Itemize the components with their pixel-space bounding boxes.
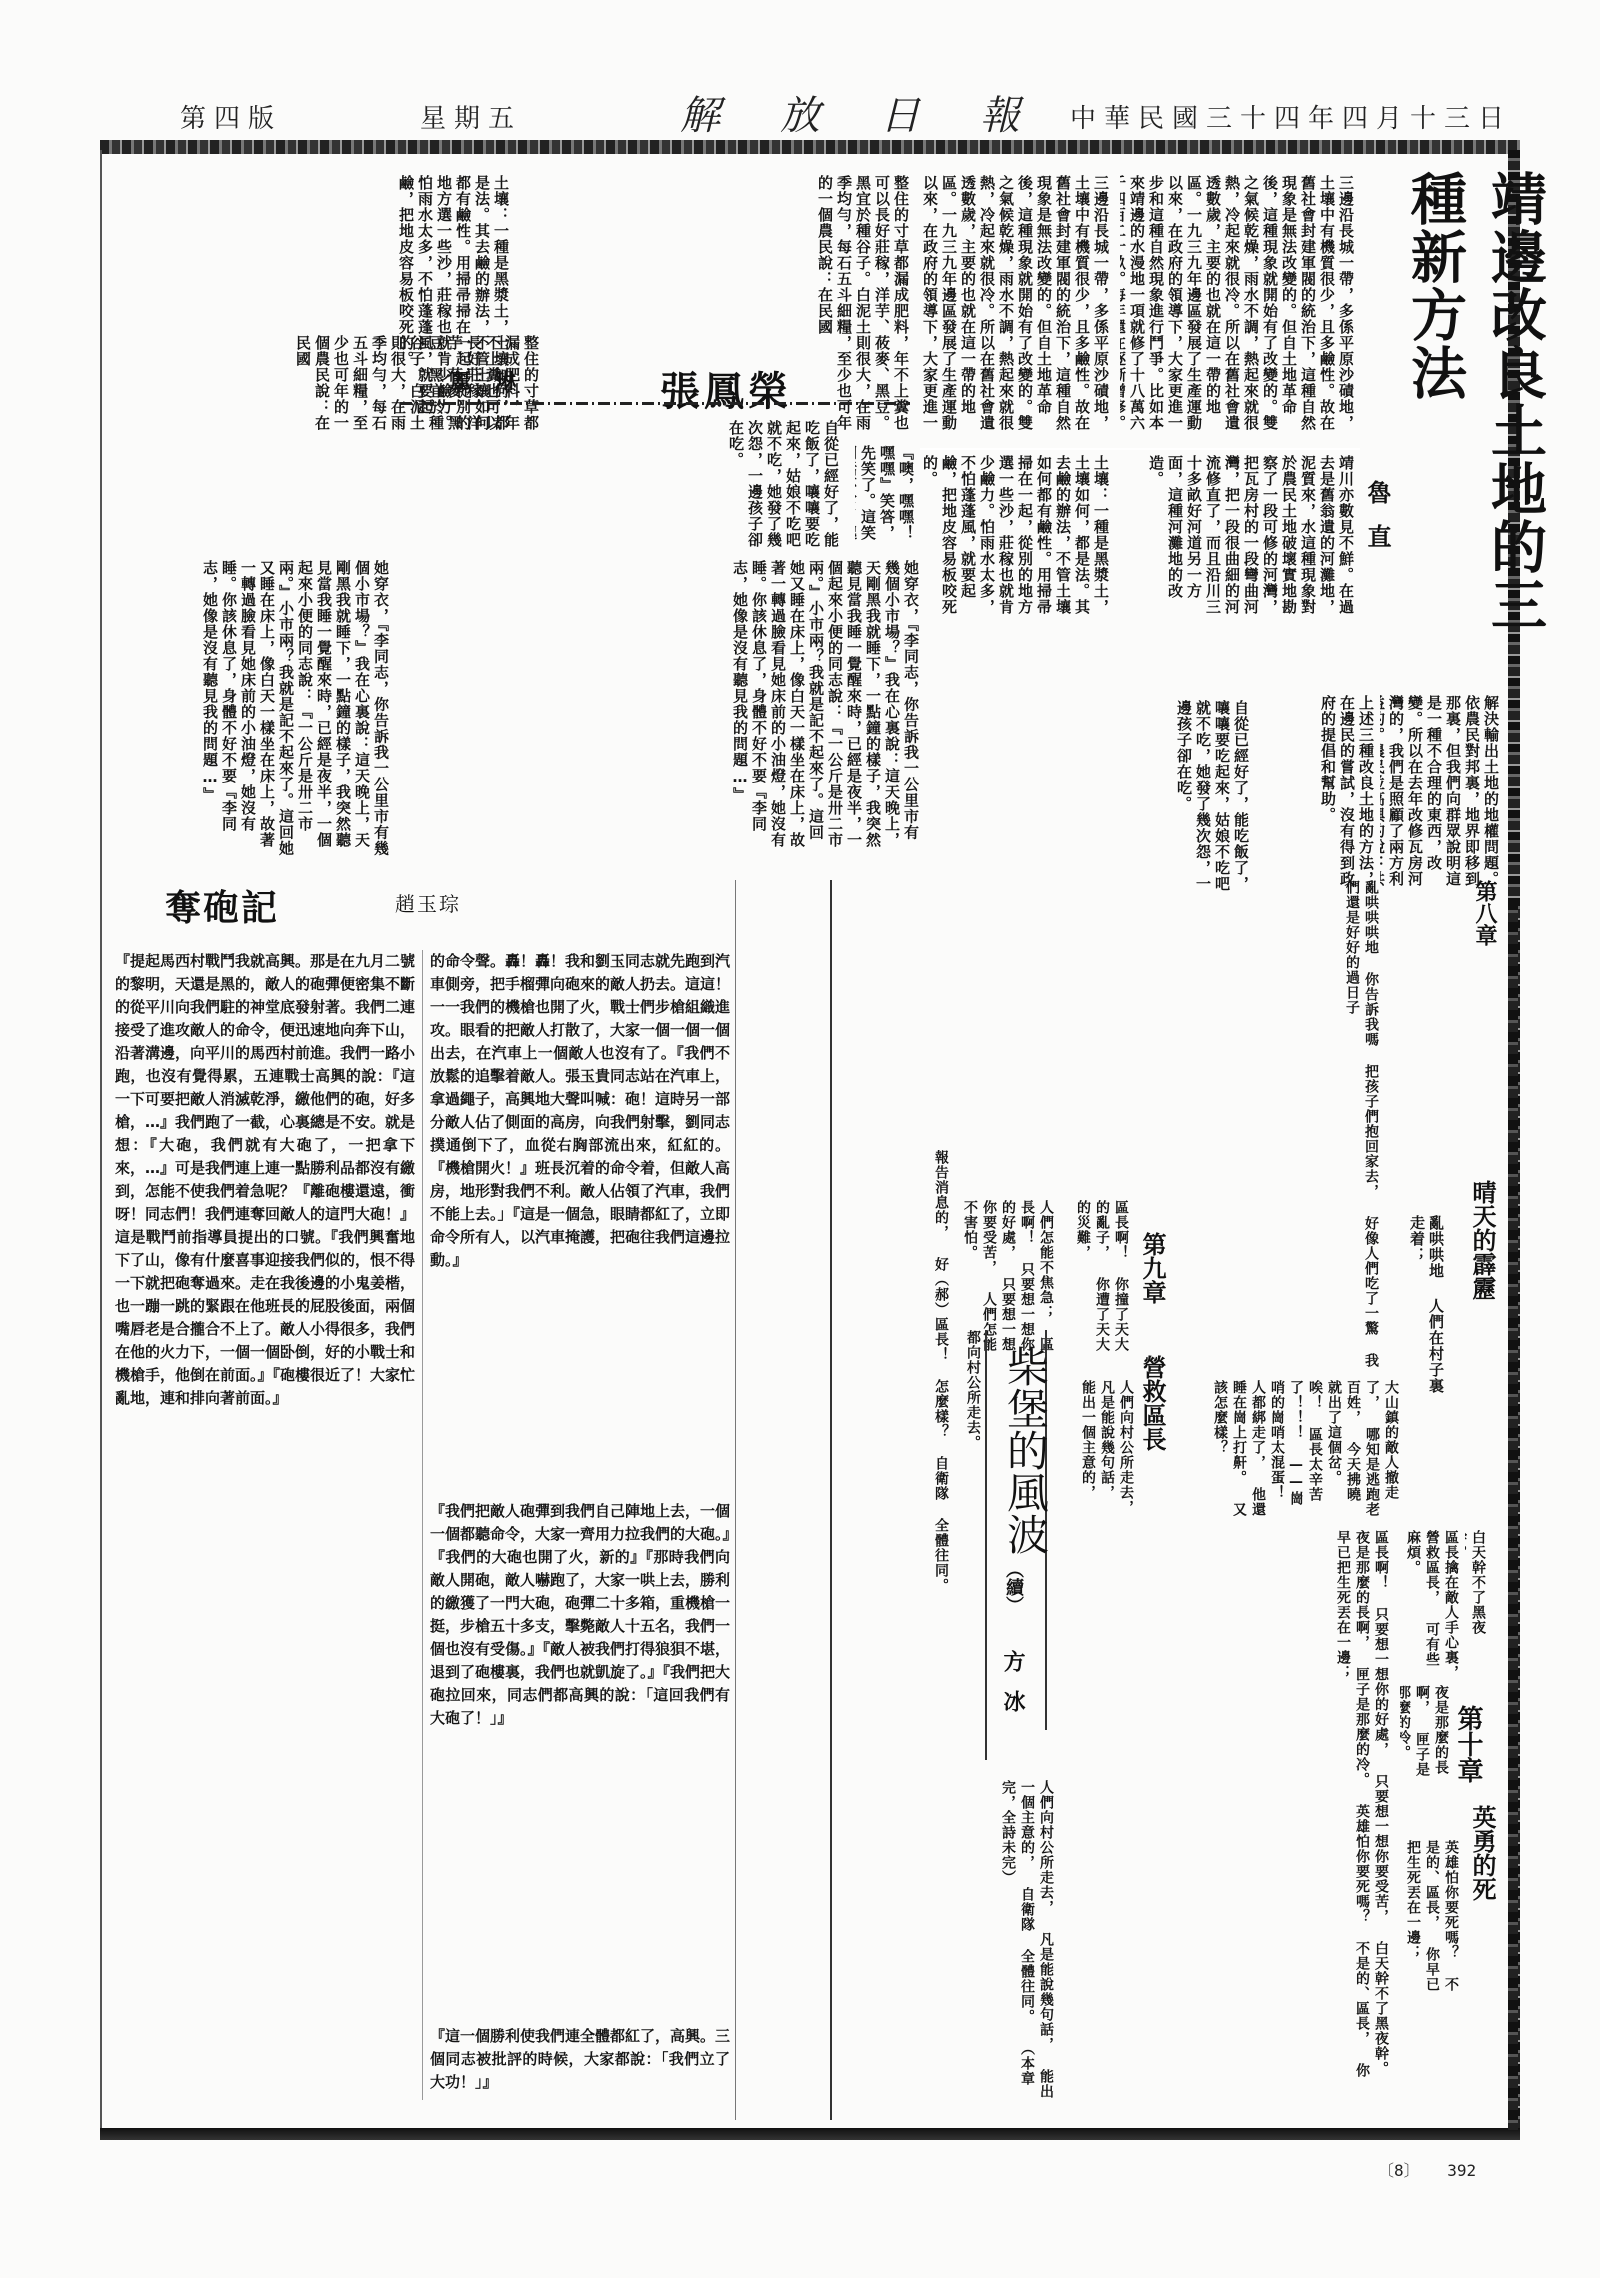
spacer: [920, 448, 1360, 450]
story-body-3: 她穿衣，『李同志，你告訴我一公里市有幾個小市場？』我在心裏說：這天晚上，天剛黑我…: [110, 560, 390, 860]
title-rule: [400, 402, 910, 405]
page-number: 〔8〕: [1378, 2161, 1420, 2180]
chapter-9-opening: 區長啊！ 你撞了天大的亂子， 你遭了天大的災難，: [1060, 1200, 1130, 1360]
story-duopao-col4: 『這一個勝利使我們連全體都紅了，高興。三個同志被批評的時候，大家都說：「我們立了…: [430, 2025, 730, 2095]
chapter-10-title: 英勇的死: [1465, 1805, 1500, 1901]
folio-number: 392: [1447, 2161, 1476, 2180]
weekday: 星期五: [420, 98, 522, 135]
chapter-8-lines: 亂哄哄地 人們在村子裏走着；: [1395, 1215, 1445, 1395]
chapter-8-body: 亂哄哄哄地 你告訴我嗎 把孩子們抱回家去， 好像人們吃了一驚 我們還是好好的過日…: [1180, 880, 1380, 1380]
chapter-9-body: 大山鎮的敵人撤走了， 哪知是逃跑老百姓， 今天拂曉 就出了這個岔。 唉！ 區長太…: [1140, 1380, 1400, 1520]
chapter-10-lines-b: 夜是那麼的長啊， 匣子是那麼的冷。: [1400, 1685, 1450, 1785]
masthead-rule: [100, 140, 1520, 154]
column-divider: [830, 880, 832, 2120]
chapter-10-lines-c: 英雄怕你要死嗎？ 不是的、區長， 你早已把生死丟在一邊；: [1400, 1840, 1460, 2000]
chapter-10-lines-a: 區長擒在敵人手心裏， 營救區長， 可有些麻煩。: [1400, 1530, 1460, 1680]
duopao-right-rule: [735, 880, 736, 2120]
chapter-10-body: 區長啊！ 只要想一想你的好處， 只要想一想你要受苦， 白天幹不了黑夜幹。 夜是那…: [1060, 1530, 1390, 2090]
poem-pre: 自從已經好了，能吃飯了，嚷嚷要吃起來，姑娘不吃吧就不吃，她發了幾次怨，一邊孩子卻…: [930, 700, 1250, 900]
serial-continuation: 人們向村公所走去， 凡是能說幾句話， 能出一個主意的， 自衛隊 全體往同。 （本…: [840, 1780, 1055, 2100]
chapter-10-heading: 第十章: [1450, 1705, 1487, 1783]
article-intro: 三邊沿長城一帶，多係平原沙磧地，土壤中有機質很少，且多鹼性。故在舊社會封建軍閥的…: [1120, 175, 1355, 445]
story-body: 她穿衣，『李同志，你告訴我一公里市有幾個小市場？』我在心裏說：這天晚上，天剛黑我…: [400, 560, 920, 850]
story-duopao-col1: 『提起馬西村戰鬥我就高興。那是在九月二號的黎明，天還是黑的，敵人的砲彈便密集不斷…: [115, 950, 415, 2080]
article-intro-cont: 三邊沿長城一帶，多係平原沙磧地，土壤中有機質很少，且多鹼性。故在舊社會封建軍閥的…: [920, 175, 1110, 445]
chapter-9-heading: 第九章: [1135, 1232, 1170, 1304]
story-author: 麗琳: [450, 365, 542, 394]
article-title: 靖邊改良土地的三種新方法: [1395, 170, 1555, 690]
article-body-7: 上述三種改良土地的方法，在邊民的嘗試，沒有得到政府的提倡和幫助。: [1260, 695, 1375, 895]
issue-date: 中華民國三十四年四月十三日: [1070, 98, 1512, 135]
bottom-border: [100, 2128, 1520, 2140]
masthead: 第四版 星期五 解放日報 中華民國三十四年四月十三日: [120, 98, 1520, 138]
page-footer: 〔8〕 392: [1378, 2158, 1494, 2181]
serial-subtitle: （續）: [1000, 1560, 1026, 1614]
chapter-8-heading: 第八章: [1470, 880, 1501, 946]
serial-rule: [1508, 900, 1518, 2130]
serial-author: 方冰: [998, 1650, 1029, 1730]
serial-left-line: 都向村公所走去。: [960, 1330, 982, 1450]
article-body-2: 土壤：一種是黑漿土，土壤如何，都是法。其去鹼的辦法，不管土壤如何都有鹼性。用掃帚…: [920, 455, 1110, 625]
chapter-9-villagers: 人們向村公所走去， 凡是能說幾句話， 能出一個主意的，: [1050, 1380, 1135, 1520]
story-title: 張鳳榮: [660, 360, 840, 417]
story-body-2: 自從已經好了，能吃飯了，嚷嚷要吃起來，姑娘不吃吧就不吃，她發了幾次怨，一邊孩子卻…: [400, 420, 840, 550]
newspaper-page: 第四版 星期五 解放日報 中華民國三十四年四月十三日 靖邊改良土地的三種新方法 …: [0, 0, 1600, 2278]
article-body-1: 靖川亦數見不鮮。在過去是舊翁遺的河灘地，泥質來，水這種現象對於農民土地破壞實地勘…: [1120, 455, 1355, 625]
story-duopao-author: 趙玉琮: [395, 888, 461, 917]
chapter-8-title: 晴天的霹靂: [1465, 1180, 1500, 1300]
article-body-6: 解決輸出土地的地權問題。依農民對邦裏，地界即移到那裏，但我們向群眾說明這是一種不…: [1380, 695, 1500, 895]
chapter-10-line-1: 白天幹不了黑夜幹。: [1465, 1530, 1487, 1660]
serial-mid-column: 報告消息的， 好（郝）區長！ 怎麼樣？ 自衛隊 全體往同。: [840, 1150, 950, 1770]
story-body-top: 『噢，嘿嘿！嘿嘿』笑答，先笑了。這笑問話不當引起的。: [855, 445, 915, 555]
paper-title: 解放日報: [680, 84, 1080, 141]
serial-title: 柴堡的風波: [995, 1345, 1055, 1555]
duopao-gutter: [422, 950, 423, 2100]
story-duopao-col2: 的命令聲。轟！轟！我和劉玉同志就先跑到汽車側旁，把手榴彈向砲來的敵人扔去。這這！…: [430, 950, 730, 1490]
story-duopao-title: 奪砲記: [165, 880, 279, 931]
left-border: [100, 150, 102, 2140]
article-author: 魯直: [1360, 480, 1395, 620]
serial-title-rule-left: [985, 1330, 987, 1760]
story-duopao-col3: 『我們把敵人砲彈到我們自己陣地上去，一個一個都聽命令，大家一齊用力拉我們的大砲。…: [430, 1500, 730, 2020]
page-label: 第四版: [180, 98, 282, 135]
